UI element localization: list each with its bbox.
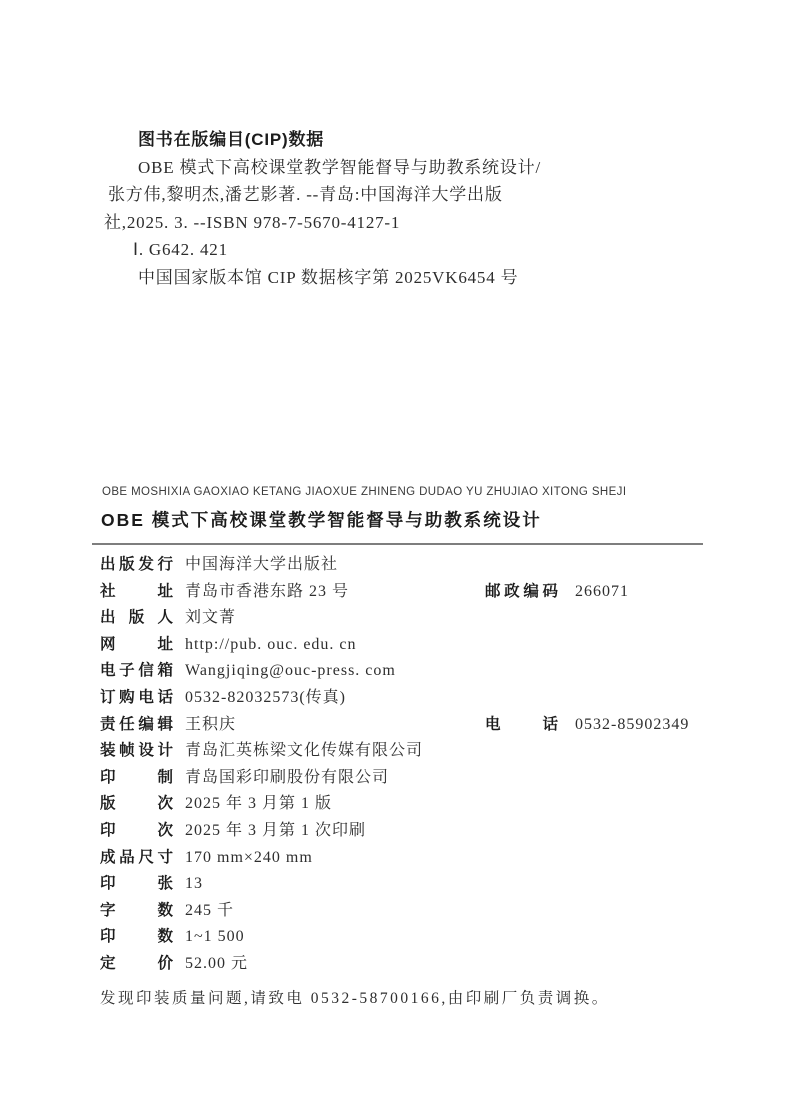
cip-line: OBE 模式下高校课堂教学智能督导与助教系统设计/: [138, 154, 684, 182]
colophon-row: 印制 青岛国彩印刷股份有限公司: [0, 765, 799, 792]
colophon-row: 出版人 刘文菁: [0, 605, 799, 632]
row-value: 青岛汇英栋梁文化传媒有限公司: [185, 738, 423, 765]
colophon-row: 电子信箱 Wangjiqing@ouc-press. com: [0, 658, 799, 685]
row-value: 2025 年 3 月第 1 次印刷: [185, 818, 366, 845]
colophon-row: 印张 13: [0, 871, 799, 898]
row-label: 订购电话: [100, 685, 173, 712]
colophon-row: 责任编辑 王积庆 电话 0532-85902349: [0, 712, 799, 739]
row-value: 青岛国彩印刷股份有限公司: [185, 765, 389, 792]
row-value: Wangjiqing@ouc-press. com: [185, 658, 396, 685]
row-value: 170 mm×240 mm: [185, 845, 313, 872]
row-value: 王积庆: [185, 712, 236, 739]
row-label-right: 邮政编码: [485, 579, 558, 606]
colophon-row: 定价 52.00 元: [0, 951, 799, 978]
cip-line: Ⅰ. G642. 421: [133, 236, 684, 264]
colophon-row: 订购电话 0532-82032573(传真): [0, 685, 799, 712]
footer-note: 发现印装质量问题,请致电 0532-58700166,由印刷厂负责调换。: [100, 986, 610, 1008]
row-label: 印张: [100, 871, 173, 898]
colophon-row: 出版发行 中国海洋大学出版社: [0, 552, 799, 579]
row-label: 装帧设计: [100, 738, 173, 765]
row-value: 0532-82032573(传真): [185, 685, 346, 712]
colophon-row: 印数 1~1 500: [0, 924, 799, 951]
row-label: 成品尺寸: [100, 845, 173, 872]
row-value: http://pub. ouc. edu. cn: [185, 632, 357, 659]
title-pinyin: OBE MOSHIXIA GAOXIAO KETANG JIAOXUE ZHIN…: [102, 486, 626, 498]
row-value: 245 千: [185, 898, 234, 925]
row-value: 刘文菁: [185, 605, 236, 632]
row-label: 印数: [100, 924, 173, 951]
row-label: 电子信箱: [100, 658, 173, 685]
row-label: 定价: [100, 951, 173, 978]
cip-block: 图书在版编目(CIP)数据 OBE 模式下高校课堂教学智能督导与助教系统设计/ …: [104, 126, 684, 291]
row-label-right: 电话: [485, 712, 558, 739]
row-value: 中国海洋大学出版社: [185, 552, 338, 579]
colophon-row: 印次 2025 年 3 月第 1 次印刷: [0, 818, 799, 845]
row-value: 1~1 500: [185, 924, 245, 951]
row-value-right: 266071: [575, 579, 629, 606]
colophon-row: 版次 2025 年 3 月第 1 版: [0, 791, 799, 818]
cip-line: 社,2025. 3. --ISBN 978-7-5670-4127-1: [104, 209, 684, 237]
row-label: 出版人: [100, 605, 173, 632]
row-value-right: 0532-85902349: [575, 712, 689, 739]
colophon-row: 网址 http://pub. ouc. edu. cn: [0, 632, 799, 659]
row-value: 52.00 元: [185, 951, 248, 978]
row-label: 印制: [100, 765, 173, 792]
row-label: 责任编辑: [100, 712, 173, 739]
copyright-page: 图书在版编目(CIP)数据 OBE 模式下高校课堂教学智能督导与助教系统设计/ …: [0, 0, 799, 1118]
row-label: 版次: [100, 791, 173, 818]
divider-rule: [92, 543, 703, 545]
row-label: 网址: [100, 632, 173, 659]
cip-line: 中国国家版本馆 CIP 数据核字第 2025VK6454 号: [138, 264, 684, 292]
title-chinese: OBE 模式下高校课堂教学智能督导与助教系统设计: [101, 507, 542, 532]
colophon-row: 社址 青岛市香港东路 23 号 邮政编码 266071: [0, 579, 799, 606]
colophon-row: 装帧设计 青岛汇英栋梁文化传媒有限公司: [0, 738, 799, 765]
row-value: 青岛市香港东路 23 号: [185, 579, 349, 606]
row-label: 印次: [100, 818, 173, 845]
row-label: 出版发行: [100, 552, 173, 579]
cip-line: 张方伟,黎明杰,潘艺影著. --青岛:中国海洋大学出版: [108, 181, 684, 209]
row-value: 2025 年 3 月第 1 版: [185, 791, 332, 818]
colophon-table: 出版发行 中国海洋大学出版社 社址 青岛市香港东路 23 号 邮政编码 2660…: [0, 552, 799, 978]
row-label: 字数: [100, 898, 173, 925]
colophon-row: 成品尺寸 170 mm×240 mm: [0, 845, 799, 872]
row-label: 社址: [100, 579, 173, 606]
colophon-row: 字数 245 千: [0, 898, 799, 925]
cip-heading: 图书在版编目(CIP)数据: [138, 126, 684, 154]
row-value: 13: [185, 871, 203, 898]
